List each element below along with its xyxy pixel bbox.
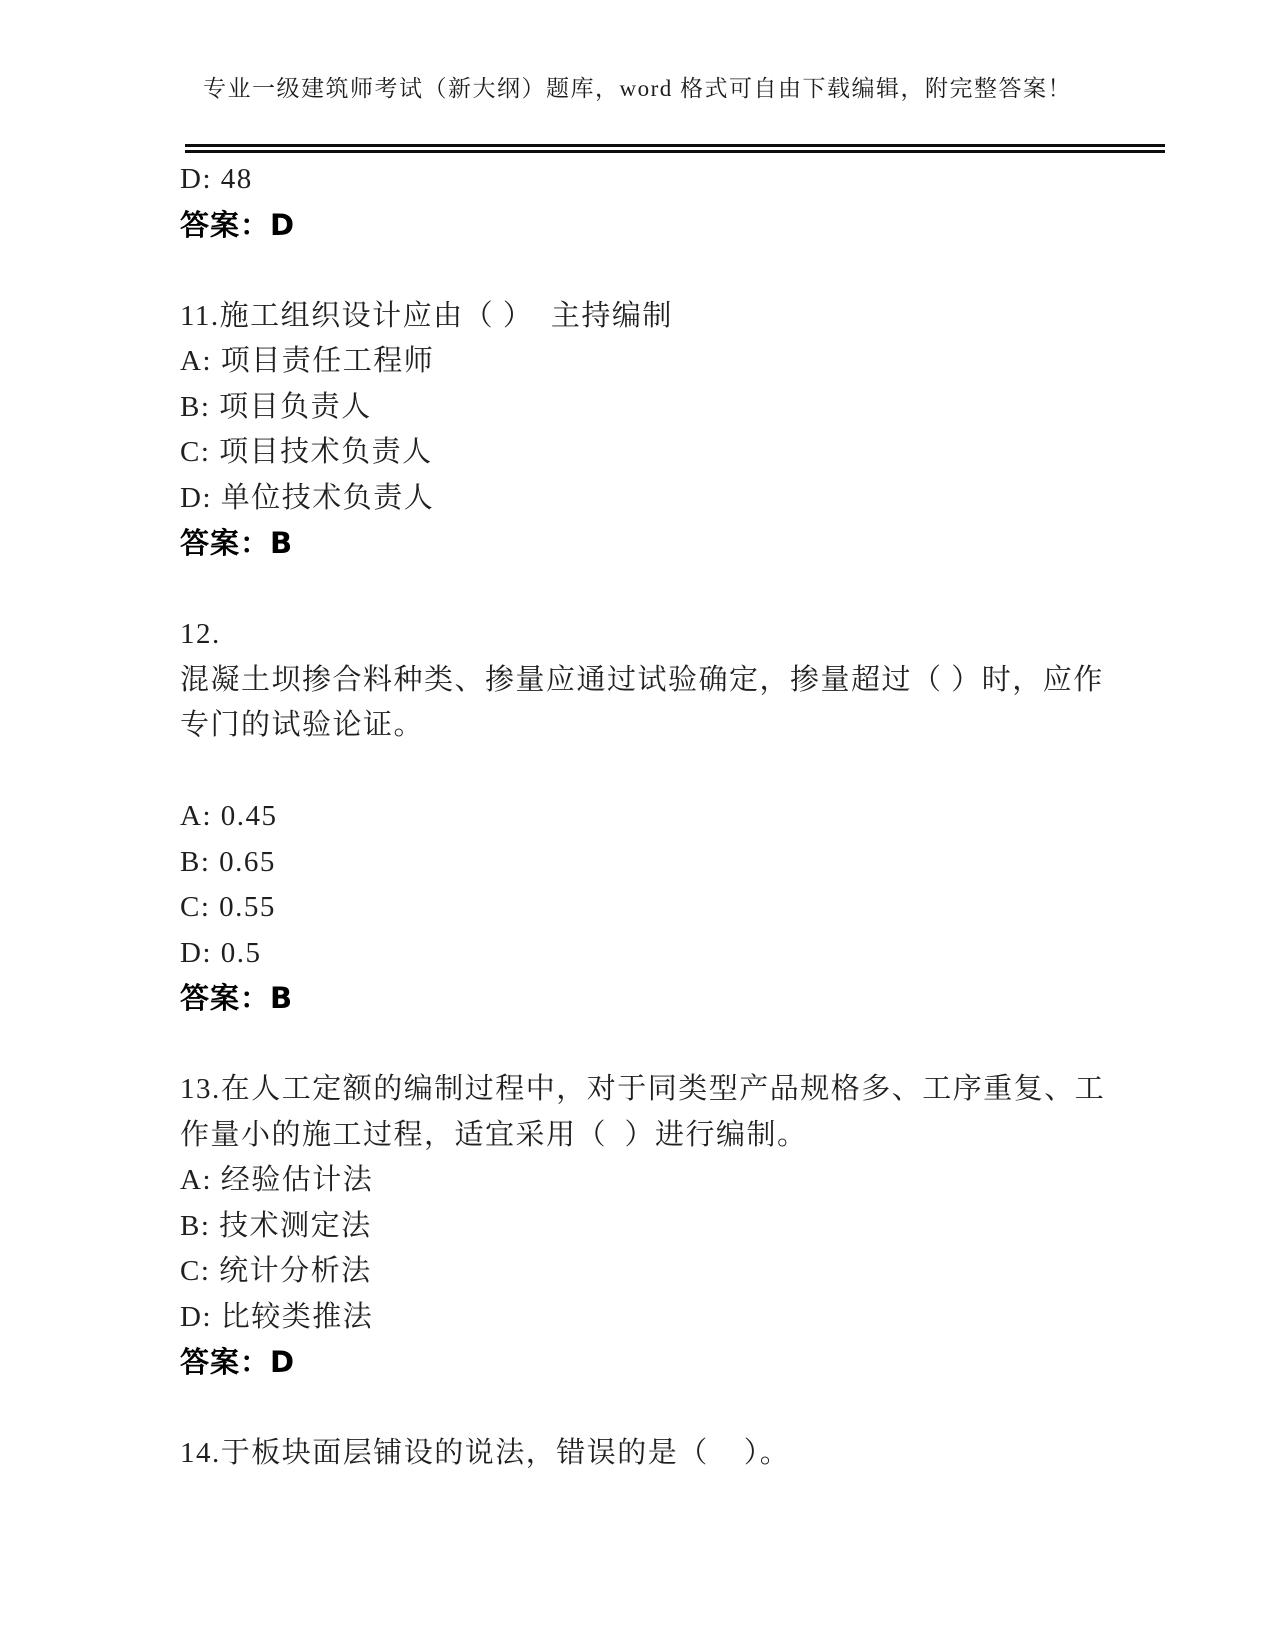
answer-13: 答案：D [180,1340,1145,1386]
page-header-title: 专业一级建筑师考试（新大纲）题库，word 格式可自由下载编辑，附完整答案！ [0,70,1275,103]
spacer-3 [180,749,1145,795]
spacer-1 [180,248,1145,294]
spacer-4 [180,1022,1145,1068]
option-11-b: B: 项目负责人 [180,385,1145,431]
option-12-d: D: 0.5 [180,931,1145,977]
spacer-2 [180,567,1145,613]
option-10-d: D: 48 [180,157,1145,203]
document-page: 专业一级建筑师考试（新大纲）题库，word 格式可自由下载编辑，附完整答案！ D… [0,0,1275,1650]
option-13-b: B: 技术测定法 [180,1204,1145,1250]
spacer-5 [180,1386,1145,1432]
question-11: 11.施工组织设计应由（ ） 主持编制 [180,294,1145,340]
option-11-c: C: 项目技术负责人 [180,430,1145,476]
option-12-a: A: 0.45 [180,794,1145,840]
question-12-line-2: 专门的试验论证。 [180,703,1145,749]
question-14: 14.于板块面层铺设的说法，错误的是（ ）。 [180,1431,1145,1477]
option-12-c: C: 0.55 [180,885,1145,931]
option-13-d: D: 比较类推法 [180,1295,1145,1341]
header-divider-rule [185,144,1165,153]
answer-10: 答案：D [180,203,1145,249]
option-13-a: A: 经验估计法 [180,1158,1145,1204]
option-13-c: C: 统计分析法 [180,1249,1145,1295]
option-11-d: D: 单位技术负责人 [180,476,1145,522]
answer-12: 答案：B [180,976,1145,1022]
option-11-a: A: 项目责任工程师 [180,339,1145,385]
document-lines: D: 48答案：D11.施工组织设计应由（ ） 主持编制A: 项目责任工程师B:… [180,157,1145,1477]
question-12-line-1: 混凝土坝掺合料种类、掺量应通过试验确定，掺量超过（ ）时，应作 [180,658,1145,704]
option-12-b: B: 0.65 [180,840,1145,886]
question-13-line-2: 作量小的施工过程，适宜采用（ ）进行编制。 [180,1113,1145,1159]
question-13-line-1: 13.在人工定额的编制过程中，对于同类型产品规格多、工序重复、工 [180,1067,1145,1113]
question-12-number: 12. [180,612,1145,658]
answer-11: 答案：B [180,521,1145,567]
